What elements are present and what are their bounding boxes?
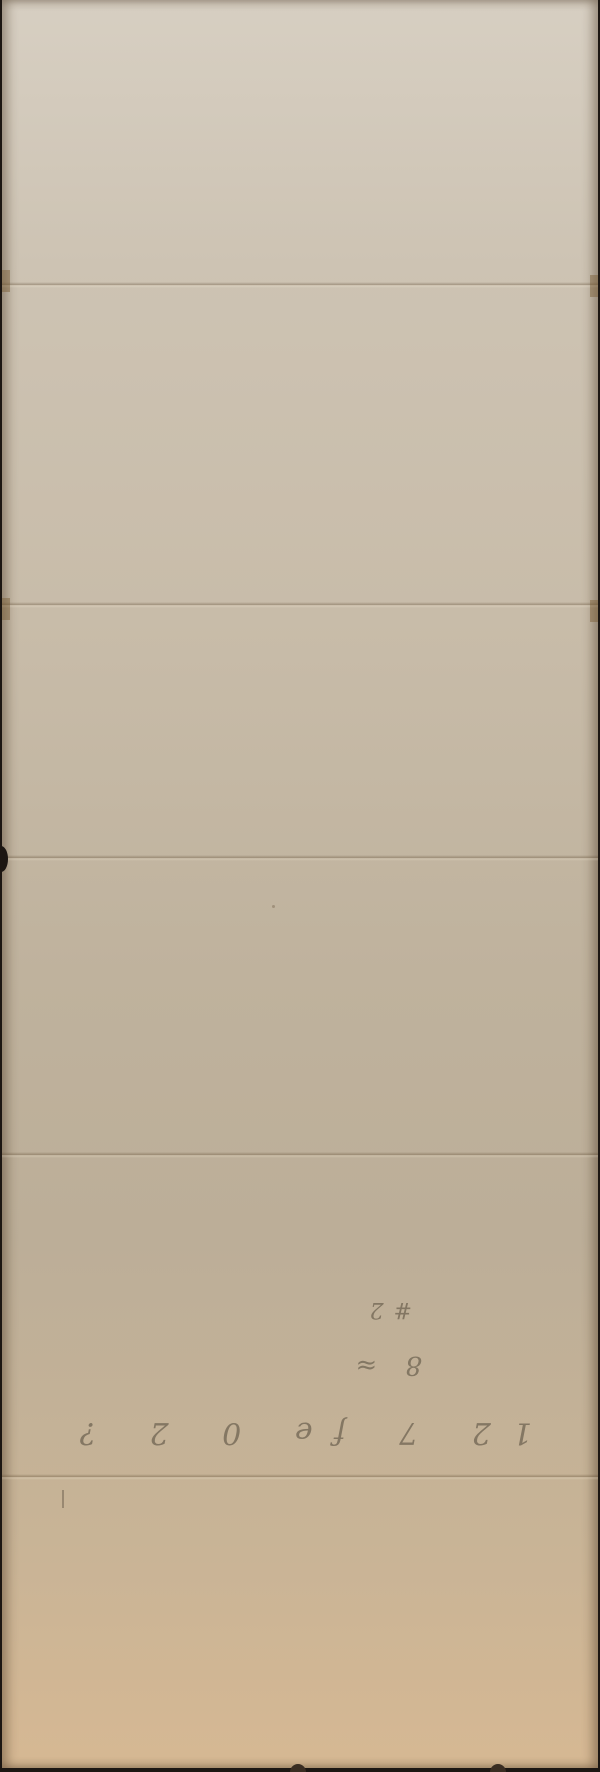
pencil-tick-mark <box>62 1490 64 1508</box>
fold-line-4 <box>2 1152 598 1158</box>
edge-tear-right <box>590 600 598 622</box>
edge-tear-right <box>590 275 598 297</box>
handwriting-line-3: 12 7 fe 0 2 ? <box>58 1415 532 1450</box>
handwriting-line-2: 8 ≈ <box>345 1350 422 1380</box>
fold-line-3 <box>2 855 598 861</box>
edge-tear-left <box>2 598 10 620</box>
handwriting-line-1: #2 <box>360 1297 412 1322</box>
fold-line-2 <box>2 602 598 608</box>
fold-line-1 <box>2 282 598 288</box>
edge-tear-left <box>2 270 10 292</box>
pencil-handwriting: #2 8 ≈ 12 7 fe 0 2 ? <box>152 1270 532 1450</box>
fold-line-5 <box>2 1474 598 1480</box>
document-sheet: #2 8 ≈ 12 7 fe 0 2 ? <box>2 0 598 1768</box>
paper-spot <box>272 905 275 908</box>
